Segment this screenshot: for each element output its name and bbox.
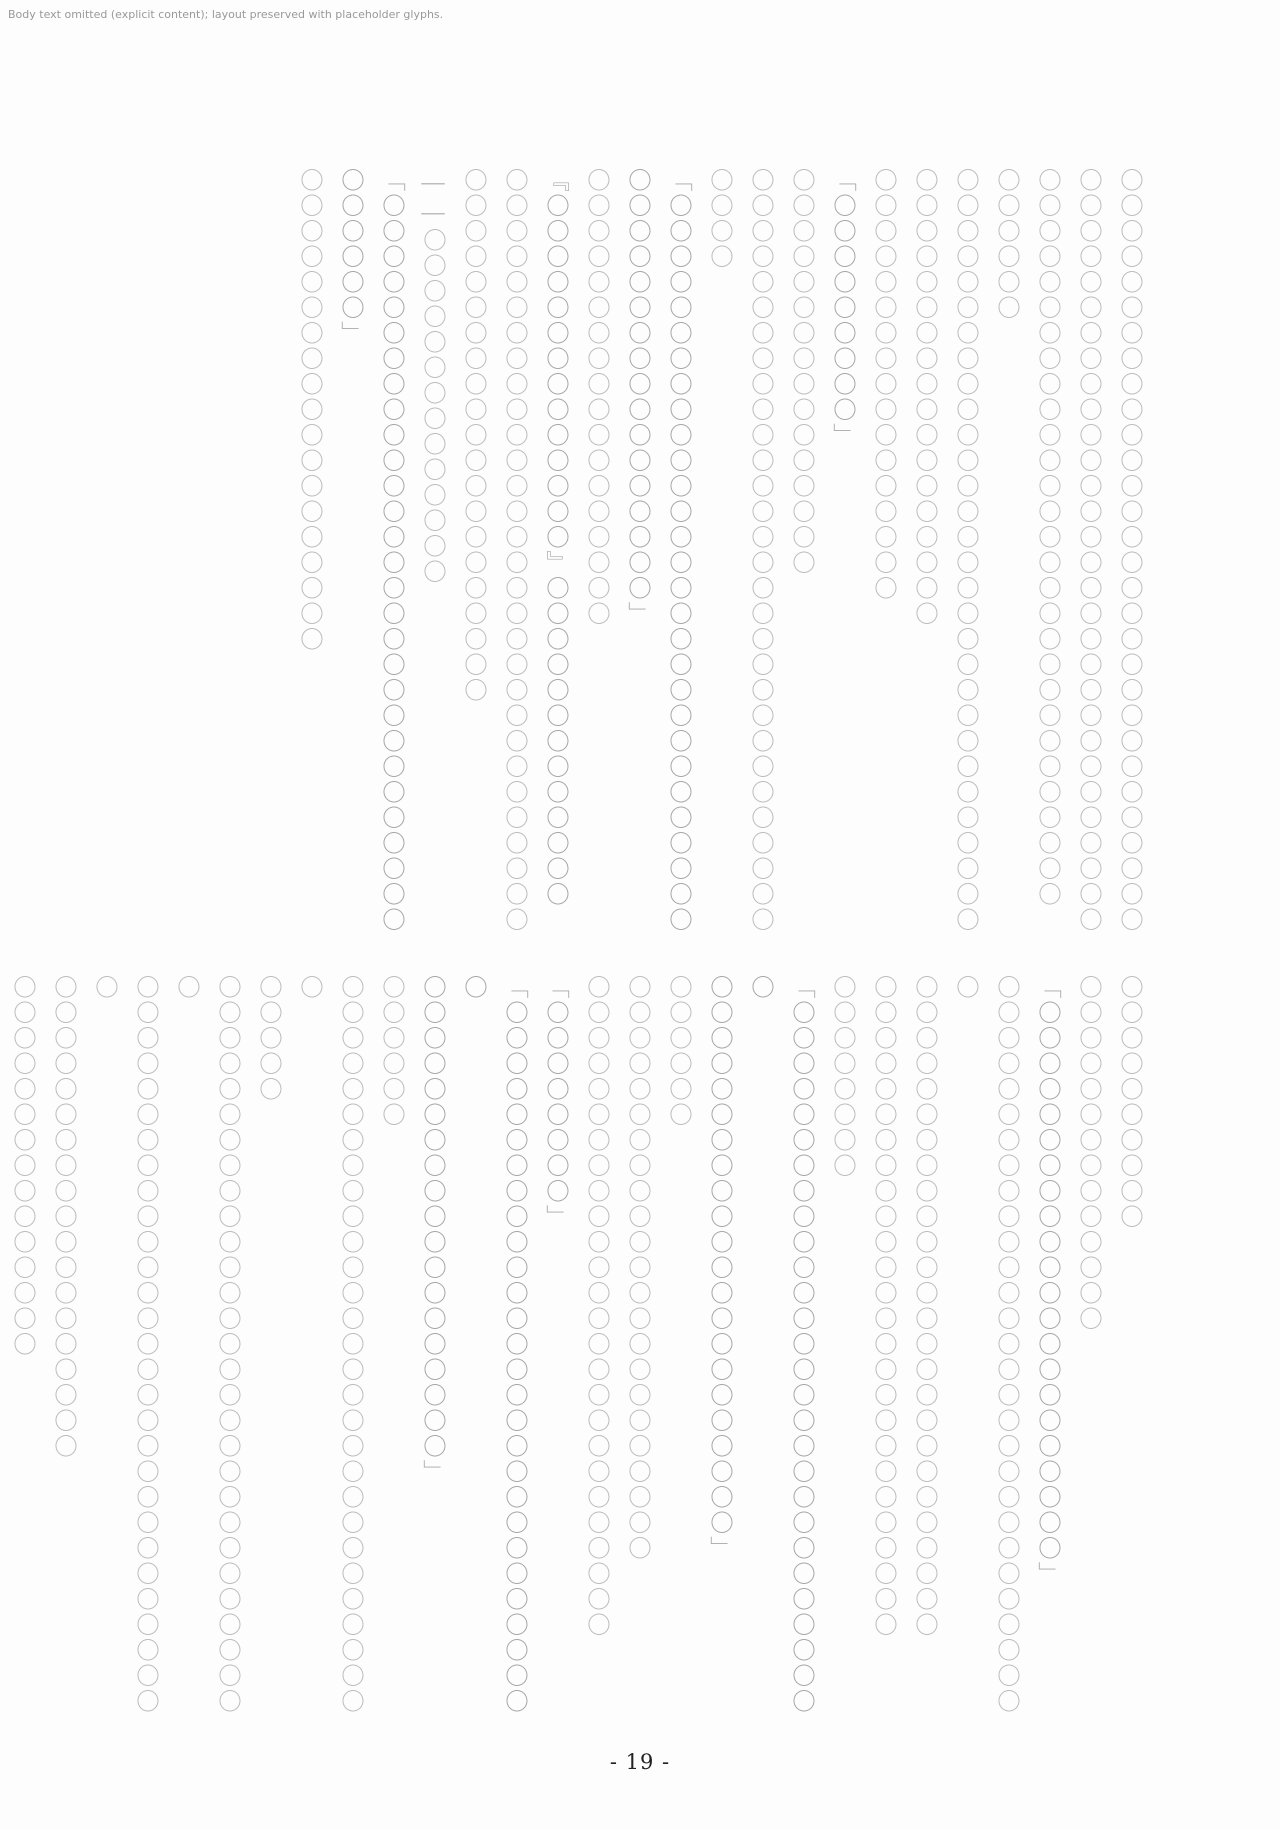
dialogue-column: 「〇〇〇〇〇〇〇〇〇〇〇〇〇〇〇〇〇〇〇〇〇〇〇〇〇〇〇〇〇 — [740, 975, 822, 1715]
dialogue-column: 「〇〇〇〇〇〇〇〇〇〇〇〇〇〇〇〇〇〇〇〇〇〇〇〇〇〇〇〇〇 — [453, 975, 535, 1715]
text-column: 〇〇〇〇〇〇〇〇〇〇〇〇〇〇〇 — [2, 975, 43, 1715]
page-number: - 19 - — [0, 1750, 1280, 1774]
lower-text-block: 〇〇〇〇〇〇〇〇〇〇 〇〇〇〇〇〇〇〇〇〇〇〇〇〇 「〇〇〇〇〇〇〇〇〇〇〇〇〇… — [150, 975, 1150, 1715]
text-column: 〇〇〇〇〇 — [248, 975, 289, 1715]
upper-text-block: 〇〇〇〇〇〇〇〇〇〇〇〇〇〇〇〇〇〇〇〇〇〇〇〇〇〇〇〇〇〇 〇〇〇〇〇〇〇〇〇… — [150, 168, 1150, 958]
content-notice: Body text omitted (explicit content); la… — [8, 8, 443, 21]
text-column: ――〇〇〇〇〇〇〇〇〇〇〇〇〇〇 — [412, 168, 453, 958]
dialogue-column: 「〇〇〇〇〇〇〇〇〇〇〇〇〇〇〇〇〇〇〇〇〇〇〇〇〇〇〇〇〇 — [658, 168, 699, 958]
text-column: 〇〇〇〇〇〇〇〇〇〇〇〇〇〇〇〇〇〇〇〇〇〇〇〇〇〇〇〇〇〇 — [1109, 168, 1150, 958]
text-column: 〇〇〇〇〇〇〇〇〇〇〇〇〇〇〇〇〇〇〇〇〇 — [453, 168, 494, 958]
dialogue-column: 〇〇〇〇〇〇〇〇〇〇〇〇〇〇〇〇〇〇〇〇〇〇」 — [699, 975, 740, 1715]
dialogue-column: 〇〇〇〇〇〇〇〇〇〇〇〇〇〇〇〇〇」 — [617, 168, 658, 958]
text-column: 〇〇〇〇〇〇〇〇〇〇〇〇〇〇〇〇 — [781, 168, 822, 958]
text-column: 〇〇〇〇〇〇〇〇〇〇〇〇〇〇〇〇〇〇〇〇〇〇〇〇〇〇〇〇〇〇 — [945, 975, 1027, 1715]
text-column: 〇〇〇〇〇〇 — [658, 975, 699, 1715]
dialogue-column: 「〇〇〇〇〇〇〇〇」 — [535, 975, 576, 1715]
dialogue-column: 「〇〇〇〇〇〇〇〇〇〇〇〇〇〇〇〇〇〇〇〇〇〇〇〇〇〇〇〇〇 — [371, 168, 412, 958]
book-page: Body text omitted (explicit content); la… — [0, 0, 1280, 1829]
text-column: 〇〇〇〇〇〇〇〇〇〇〇〇〇〇〇〇〇〇〇〇〇〇〇〇〇〇〇〇〇〇 — [289, 975, 371, 1715]
text-column: 〇〇〇〇〇〇〇〇〇〇〇〇〇〇〇〇〇〇〇〇〇〇〇〇〇〇〇〇〇〇 — [740, 168, 781, 958]
text-column: 〇〇〇〇〇〇〇〇〇〇〇〇〇〇 — [1068, 975, 1109, 1715]
text-column: 〇〇〇〇〇〇〇〇〇〇〇〇〇〇〇〇〇〇〇〇〇〇〇〇〇〇〇〇〇〇 — [1068, 168, 1109, 958]
text-column: 〇〇〇〇〇〇〇〇〇〇〇〇〇〇〇〇〇〇〇〇〇〇〇〇〇〇〇〇〇 — [1027, 168, 1068, 958]
text-column: 〇〇〇〇〇〇〇〇〇〇〇〇〇〇〇〇〇〇 — [904, 168, 945, 958]
text-column: 〇〇〇〇〇〇〇〇〇〇〇〇〇〇〇〇〇〇〇〇〇〇〇〇〇〇〇〇〇〇 — [945, 168, 986, 958]
text-column: 〇〇〇〇〇〇〇〇〇〇〇〇〇〇〇〇〇〇 — [576, 168, 617, 958]
text-column: 〇〇〇〇〇〇 — [986, 168, 1027, 958]
dialogue-column: 「〇〇〇〇〇〇〇〇〇」 — [822, 168, 863, 958]
text-column: 〇〇〇〇〇〇〇〇 — [822, 975, 863, 1715]
text-column: 〇〇〇〇〇〇〇〇〇〇〇〇〇〇〇〇〇〇〇〇〇〇〇 — [617, 975, 658, 1715]
text-column: 〇〇〇〇〇〇〇〇〇〇〇〇〇〇〇〇〇〇〇〇〇〇〇〇〇〇 — [863, 975, 904, 1715]
text-column: 〇〇〇〇 — [699, 168, 740, 958]
dialogue-column: 「〇〇〇〇〇〇〇〇〇〇〇〇〇〇〇〇〇〇〇〇〇〇」 — [1027, 975, 1068, 1715]
text-column: 〇〇〇〇〇〇〇〇〇〇〇〇〇〇〇〇〇〇〇 — [43, 975, 84, 1715]
text-column: 〇〇〇〇〇〇〇〇〇〇〇〇〇〇〇〇〇〇〇〇〇〇〇〇〇〇 — [904, 975, 945, 1715]
text-column: 〇〇〇〇〇〇〇〇〇〇〇〇〇〇〇〇〇〇〇 — [289, 168, 330, 958]
dialogue-column: 〇〇〇〇〇〇〇〇〇〇〇〇〇〇〇〇〇〇〇」 — [412, 975, 453, 1715]
dialogue-column: 『〇〇〇〇〇〇〇〇〇〇〇〇〇〇』〇〇〇〇〇〇〇〇〇〇〇〇〇 — [535, 168, 576, 958]
text-column: 〇〇〇〇〇〇 — [371, 975, 412, 1715]
text-column: 〇〇〇〇〇〇〇〇〇〇〇〇〇〇〇〇〇〇〇〇〇〇〇〇〇〇〇〇〇〇 — [494, 168, 535, 958]
text-column: 〇〇〇〇〇〇〇〇〇〇〇〇〇〇〇〇〇〇〇〇〇〇〇〇〇〇〇〇〇〇 — [84, 975, 166, 1715]
text-column: 〇〇〇〇〇〇〇〇〇〇〇〇〇〇〇〇〇〇〇〇〇〇〇〇〇〇〇〇〇〇 — [166, 975, 248, 1715]
text-column: 〇〇〇〇〇〇〇〇〇〇 — [1109, 975, 1150, 1715]
text-column: 〇〇〇〇〇〇〇〇〇〇〇〇〇〇〇〇〇〇〇〇〇〇〇〇〇〇 — [576, 975, 617, 1715]
text-column: 〇〇〇〇〇〇〇〇〇〇〇〇〇〇〇〇〇 — [863, 168, 904, 958]
dialogue-column: 〇〇〇〇〇〇」 — [330, 168, 371, 958]
